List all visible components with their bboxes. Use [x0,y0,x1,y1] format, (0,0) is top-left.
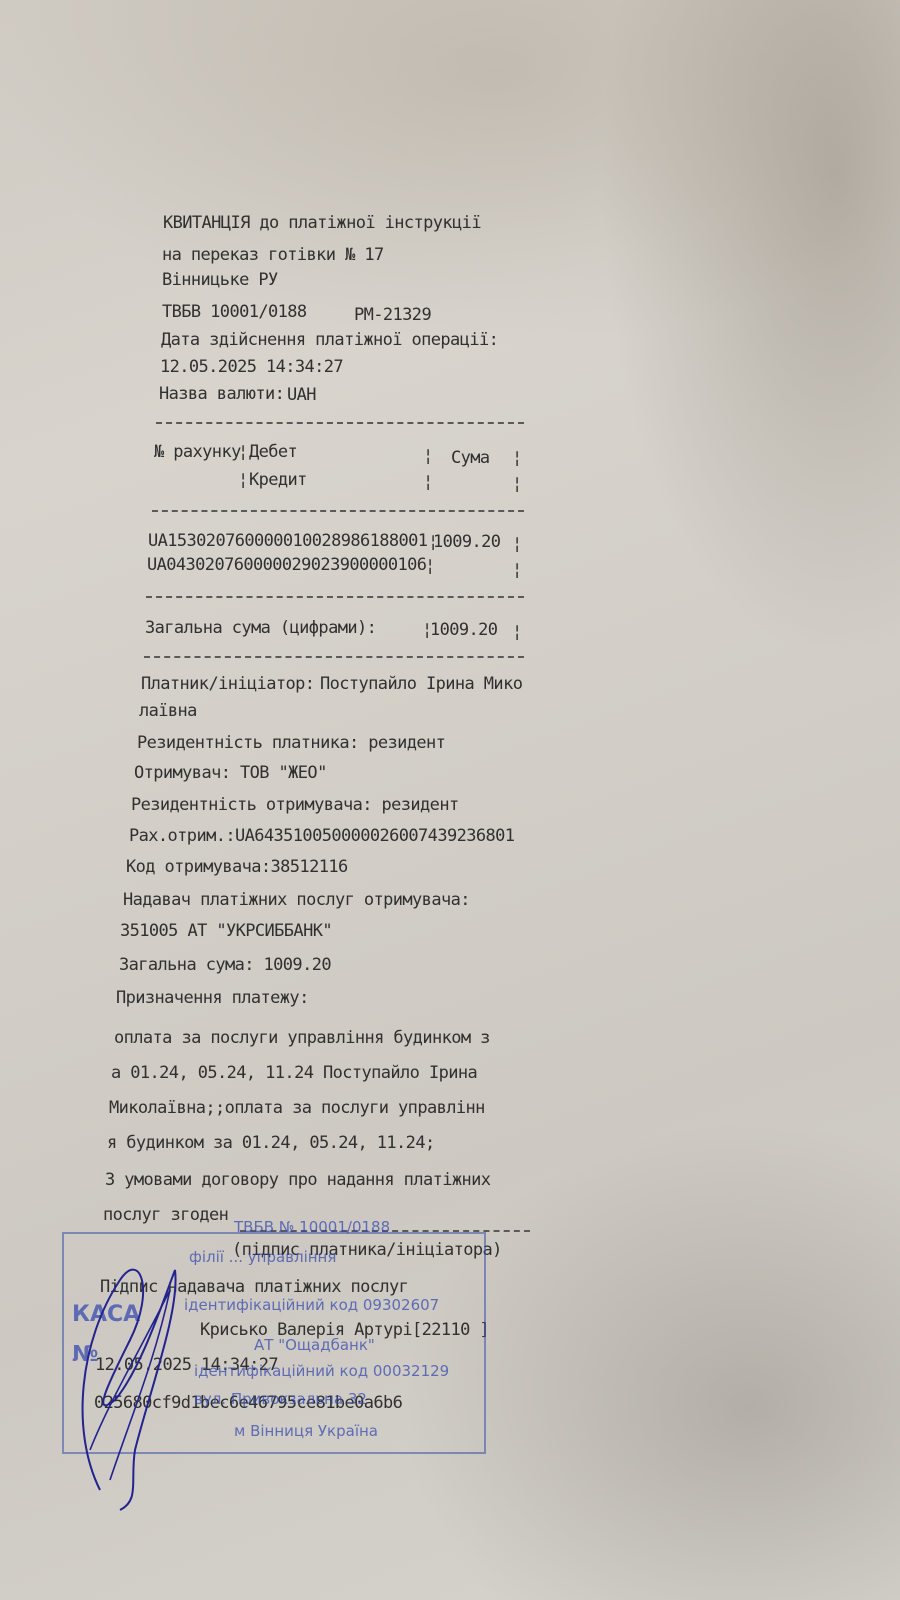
provider-label: Надавач платіжних послуг отримувача: [123,890,470,910]
table-header-credit: Кредит [249,470,307,490]
stamp-address: вул. Привокзальна 32 [194,1390,367,1408]
payer-name: Поступайло Ірина Мико [320,674,522,694]
currency-label: Назва валюти: [159,384,284,404]
currency-value: UAH [287,385,316,405]
recipient-code: Код отримувача:38512116 [126,857,348,877]
divider [144,656,524,658]
purpose-label: Призначення платежу: [116,988,309,1008]
operation-date-label: Дата здійснення платіжної операції: [161,330,498,350]
table-header-account: № рахунку [154,442,241,462]
divider [156,422,524,424]
branch-name: Вінницьке РУ [162,270,278,290]
total-label: Загальна сума (цифрами): [145,618,376,638]
purpose-line: оплата за послуги управління будинком з [114,1028,490,1048]
table-header-sum: Сума [451,448,490,468]
operation-date: 12.05.2025 14:34:27 [160,357,343,377]
receipt-title: КВИТАНЦІЯ до платіжної інструкції [163,213,481,233]
agreement-text-continued: послуг згоден [103,1205,228,1225]
stamp-branch: філії ... управління [189,1248,336,1266]
receipt-title-number: на переказ готівки № 17 [162,245,384,265]
total-value: 1009.20 [430,620,497,640]
purpose-line: Миколаївна;;оплата за послуги управлінн [109,1098,485,1118]
handwritten-signature [60,1250,200,1520]
stamp-bank-code: ідентифікаційний код 00032129 [194,1362,449,1380]
agreement-text: З умовами договору про надання платіжних [105,1170,490,1190]
recipient-account: Рах.отрим.:UA643510050000026007439236801 [129,826,514,846]
stamp-bank: АТ "Ощадбанк" [254,1336,375,1354]
payer-residency: Резидентність платника: резидент [137,733,445,753]
terminal-id: РМ-21329 [354,305,431,325]
payer-name-continued: лаївна [139,701,197,721]
debit-account: UA153020760000010028986188001 [148,531,427,551]
provider-name: 351005 АТ "УКРСИББАНК" [120,921,332,941]
table-header-debit: Дебет [249,442,297,462]
stamp-city: м Вінниця Україна [234,1422,378,1440]
tvbv-code: ТВБВ 10001/0188 [162,302,307,322]
divider [152,510,524,512]
row-sum: 1009.20 [433,532,500,552]
stamp-tvbv: ТВБВ № 10001/0188 [234,1218,390,1236]
divider [146,596,524,598]
stamp-id-code: ідентифікаційний код 09302607 [184,1296,439,1314]
recipient-residency: Резидентність отримувача: резидент [131,795,459,815]
purpose-line: я будинком за 01.24, 05.24, 11.24; [107,1133,435,1153]
recipient-name: Отримувач: ТОВ "ЖЕО" [134,763,327,783]
total-sum: Загальна сума: 1009.20 [119,955,331,975]
payer-label: Платник/ініціатор: [141,674,314,694]
credit-account: UA043020760000029023900000106 [147,555,426,575]
purpose-line: а 01.24, 05.24, 11.24 Поступайло Ірина [111,1063,477,1083]
